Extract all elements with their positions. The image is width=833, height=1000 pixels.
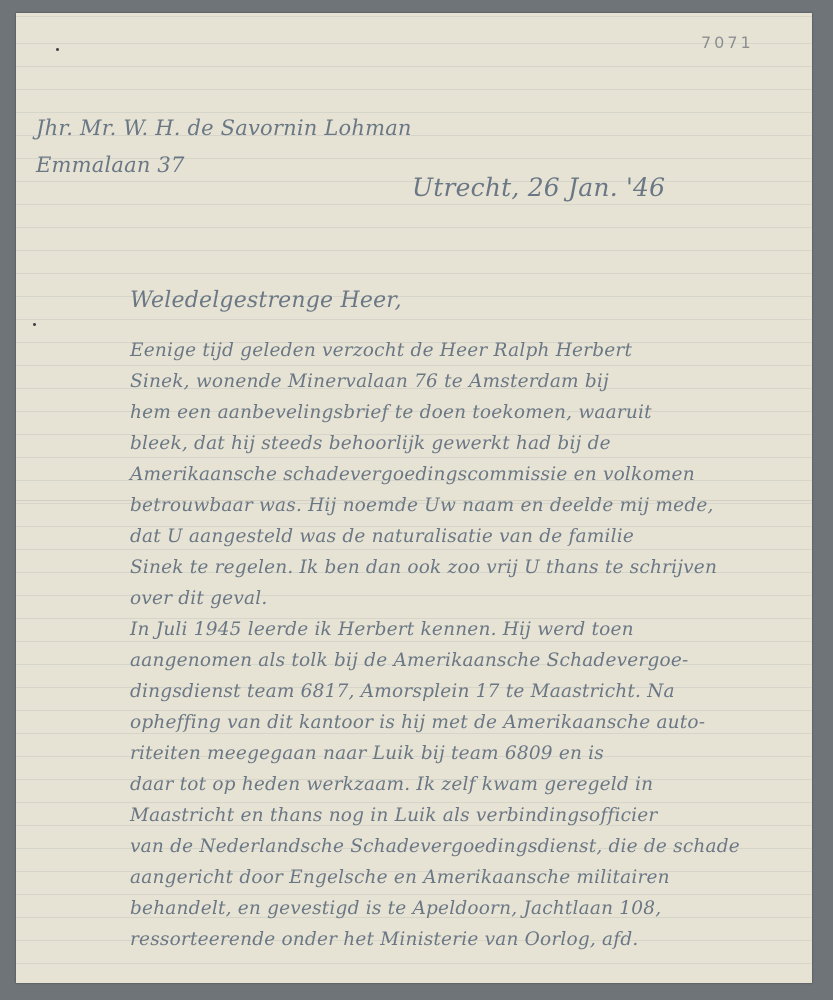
body-line: betrouwbaar was. Hij noemde Uw naam en d… — [130, 495, 714, 516]
body-line: behandelt, en gevestigd is te Apeldoorn,… — [130, 898, 661, 919]
body-line: dingsdienst team 6817, Amorsplein 17 te … — [130, 681, 675, 702]
body-line: Amerikaansche schadevergoedingscommissie… — [130, 464, 695, 485]
body-line: riteiten meegegaan naar Luik bij team 68… — [130, 743, 604, 764]
letter-page: 7071 Jhr. Mr. W. H. de Savornin Lohman E… — [16, 13, 812, 983]
body-line: van de Nederlandsche Schadevergoedingsdi… — [130, 836, 740, 857]
body-line: Maastricht en thans nog in Luik als verb… — [130, 805, 657, 826]
body-line: opheffing van dit kantoor is hij met de … — [130, 712, 705, 733]
dateline: Utrecht, 26 Jan. '46 — [412, 173, 665, 202]
ink-mark — [56, 48, 59, 51]
body-line: daar tot op heden werkzaam. Ik zelf kwam… — [130, 774, 653, 795]
body-line: bleek, dat hij steeds behoorlijk gewerkt… — [130, 433, 611, 454]
salutation: Weledelgestrenge Heer, — [130, 288, 402, 313]
body-line: over dit geval. — [130, 588, 267, 609]
body-line: Eenige tijd geleden verzocht de Heer Ral… — [130, 340, 632, 361]
body-line: aangericht door Engelsche en Amerikaansc… — [130, 867, 670, 888]
sender-name: Jhr. Mr. W. H. de Savornin Lohman — [36, 116, 412, 140]
ink-mark — [33, 323, 36, 326]
body-line: ressorteerende onder het Ministerie van … — [130, 929, 638, 950]
body-line: dat U aangesteld was de naturalisatie va… — [130, 526, 634, 547]
sender-address: Emmalaan 37 — [36, 153, 185, 177]
body-line: hem een aanbevelingsbrief te doen toekom… — [130, 402, 652, 423]
body-line: aangenomen als tolk bij de Amerikaansche… — [130, 650, 688, 671]
archive-number: 7071 — [701, 33, 754, 52]
body-line: Sinek, wonende Minervalaan 76 te Amsterd… — [130, 371, 609, 392]
body-line: In Juli 1945 leerde ik Herbert kennen. H… — [130, 619, 634, 640]
body-line: Sinek te regelen. Ik ben dan ook zoo vri… — [130, 557, 717, 578]
